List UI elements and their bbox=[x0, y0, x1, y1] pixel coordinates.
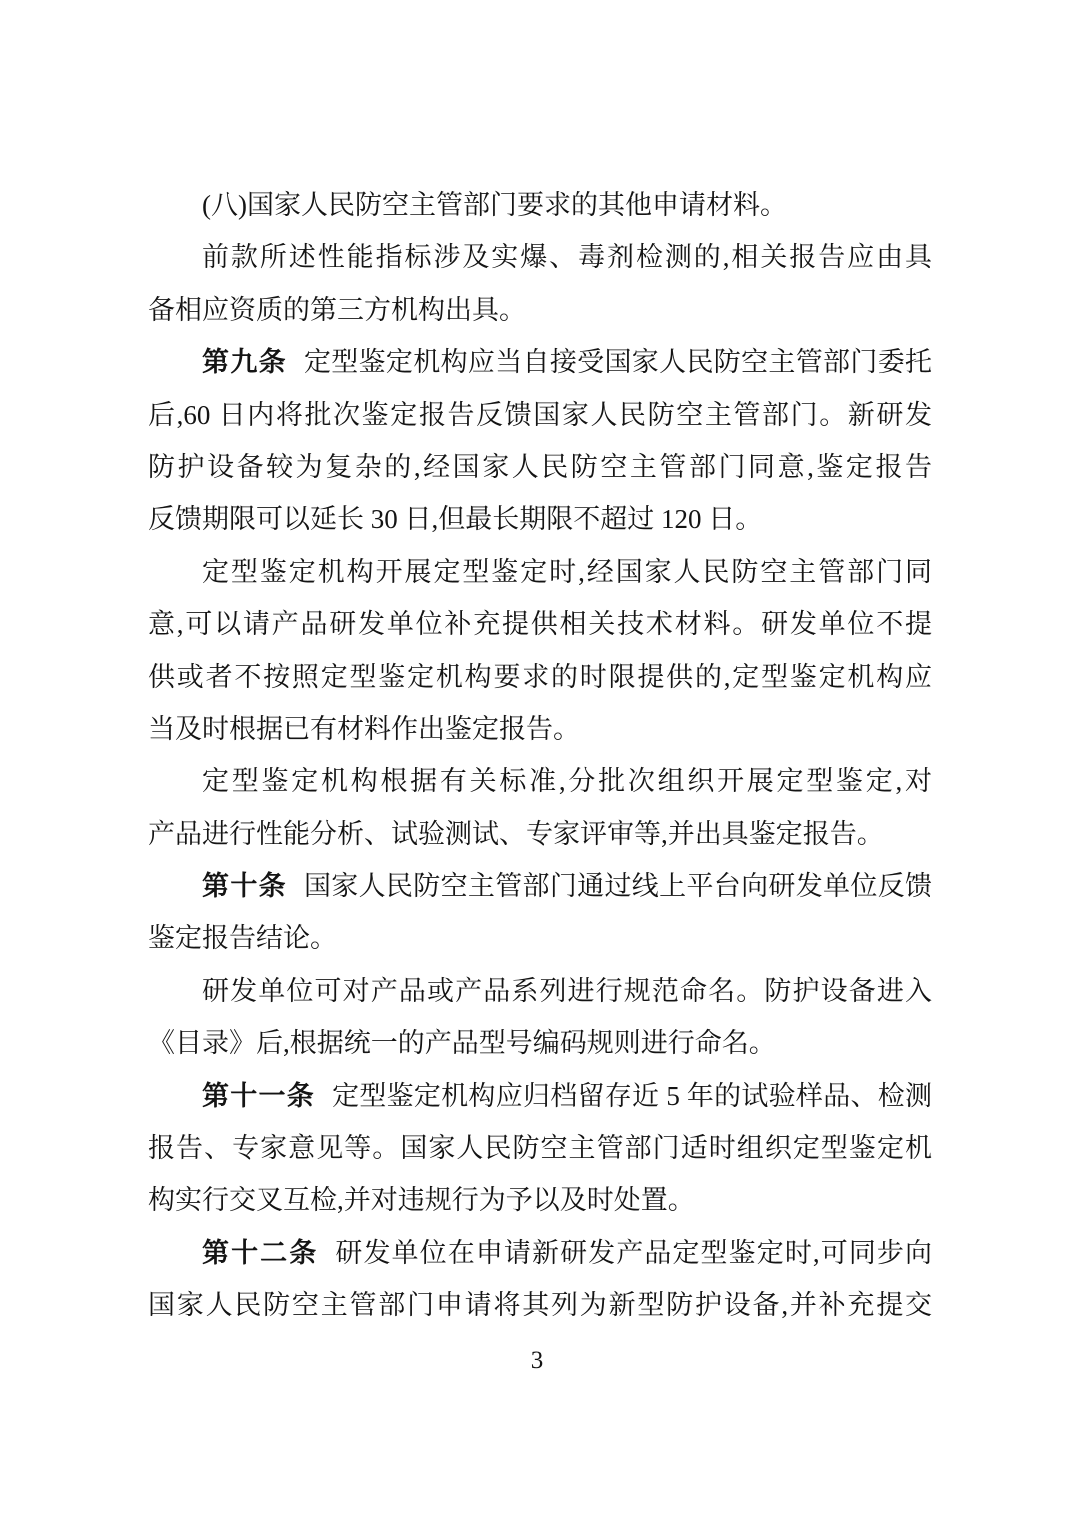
text-line: 前款所述性能指标涉及实爆、毒剂检测的,相关报告应由具 bbox=[148, 231, 932, 283]
paragraph: 研发单位可对产品或产品系列进行规范命名。防护设备进入《目录》后,根据统一的产品型… bbox=[148, 965, 932, 1070]
paragraph: 定型鉴定机构开展定型鉴定时,经国家人民防空主管部门同意,可以请产品研发单位补充提… bbox=[148, 546, 932, 756]
text-line: 构实行交叉互检,并对违规行为予以及时处置。 bbox=[148, 1174, 932, 1226]
text-line: 第十一条定型鉴定机构应归档留存近 5 年的试验样品、检测 bbox=[148, 1070, 932, 1122]
text-line: 《目录》后,根据统一的产品型号编码规则进行命名。 bbox=[148, 1017, 932, 1069]
article-number: 第十一条 bbox=[202, 1081, 315, 1111]
paragraph: 第十二条研发单位在申请新研发产品定型鉴定时,可同步向国家人民防空主管部门申请将其… bbox=[148, 1227, 932, 1332]
text-line: 意,可以请产品研发单位补充提供相关技术材料。研发单位不提 bbox=[148, 598, 932, 650]
text-line: 防护设备较为复杂的,经国家人民防空主管部门同意,鉴定报告 bbox=[148, 441, 932, 493]
line-text: 国家人民防空主管部门通过线上平台向研发单位反馈 bbox=[304, 871, 932, 901]
line-text: 定型鉴定机构应归档留存近 5 年的试验样品、检测 bbox=[332, 1081, 932, 1111]
line-text: 定型鉴定机构应当自接受国家人民防空主管部门委托 bbox=[304, 347, 932, 377]
text-line: 反馈期限可以延长 30 日,但最长期限不超过 120 日。 bbox=[148, 493, 932, 545]
paragraph: 前款所述性能指标涉及实爆、毒剂检测的,相关报告应由具备相应资质的第三方机构出具。 bbox=[148, 231, 932, 336]
paragraph: 第九条定型鉴定机构应当自接受国家人民防空主管部门委托后,60 日内将批次鉴定报告… bbox=[148, 336, 932, 546]
text-line: (八)国家人民防空主管部门要求的其他申请材料。 bbox=[148, 179, 932, 231]
text-line: 定型鉴定机构开展定型鉴定时,经国家人民防空主管部门同 bbox=[148, 546, 932, 598]
text-line: 备相应资质的第三方机构出具。 bbox=[148, 284, 932, 336]
text-line: 供或者不按照定型鉴定机构要求的时限提供的,定型鉴定机构应 bbox=[148, 651, 932, 703]
text-line: 鉴定报告结论。 bbox=[148, 912, 932, 964]
paragraph: 第十一条定型鉴定机构应归档留存近 5 年的试验样品、检测报告、专家意见等。国家人… bbox=[148, 1070, 932, 1227]
text-line: 产品进行性能分析、试验测试、专家评审等,并出具鉴定报告。 bbox=[148, 808, 932, 860]
text-line: 报告、专家意见等。国家人民防空主管部门适时组织定型鉴定机 bbox=[148, 1122, 932, 1174]
paragraph: 第十条国家人民防空主管部门通过线上平台向研发单位反馈鉴定报告结论。 bbox=[148, 860, 932, 965]
paragraph: (八)国家人民防空主管部门要求的其他申请材料。 bbox=[148, 179, 932, 231]
line-text: 研发单位在申请新研发产品定型鉴定时,可同步向 bbox=[335, 1238, 932, 1268]
paragraph: 定型鉴定机构根据有关标准,分批次组织开展定型鉴定,对产品进行性能分析、试验测试、… bbox=[148, 755, 932, 860]
article-number: 第九条 bbox=[202, 347, 287, 377]
page-number: 3 bbox=[0, 1346, 1074, 1376]
text-line: 第十二条研发单位在申请新研发产品定型鉴定时,可同步向 bbox=[148, 1227, 932, 1279]
text-line: 第九条定型鉴定机构应当自接受国家人民防空主管部门委托 bbox=[148, 336, 932, 388]
text-line: 研发单位可对产品或产品系列进行规范命名。防护设备进入 bbox=[148, 965, 932, 1017]
text-line: 国家人民防空主管部门申请将其列为新型防护设备,并补充提交 bbox=[148, 1279, 932, 1331]
article-number: 第十条 bbox=[202, 871, 287, 901]
document-body: (八)国家人民防空主管部门要求的其他申请材料。前款所述性能指标涉及实爆、毒剂检测… bbox=[148, 179, 932, 1332]
text-line: 定型鉴定机构根据有关标准,分批次组织开展定型鉴定,对 bbox=[148, 755, 932, 807]
text-line: 第十条国家人民防空主管部门通过线上平台向研发单位反馈 bbox=[148, 860, 932, 912]
text-line: 当及时根据已有材料作出鉴定报告。 bbox=[148, 703, 932, 755]
article-number: 第十二条 bbox=[202, 1238, 318, 1268]
text-line: 后,60 日内将批次鉴定报告反馈国家人民防空主管部门。新研发 bbox=[148, 389, 932, 441]
document-page: (八)国家人民防空主管部门要求的其他申请材料。前款所述性能指标涉及实爆、毒剂检测… bbox=[0, 0, 1074, 1520]
